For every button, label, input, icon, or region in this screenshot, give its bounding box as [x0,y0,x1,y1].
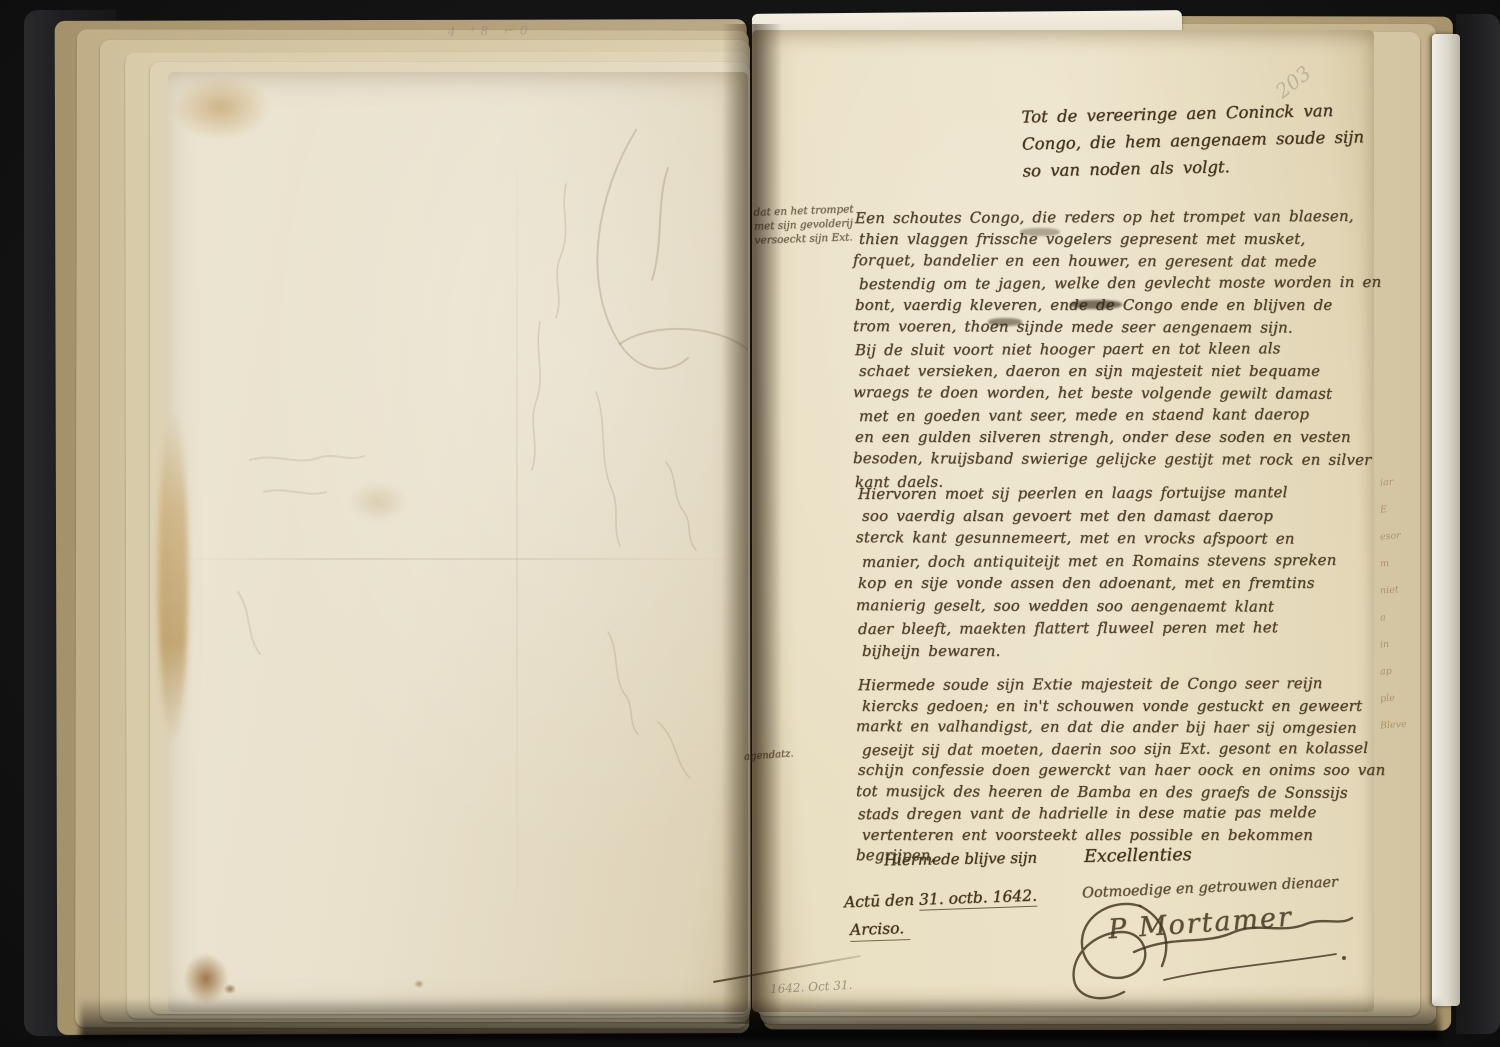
left-page [168,72,748,1012]
archive-pencil-note: 1642. Oct 31. [770,978,853,996]
showthrough-scribbles [168,72,748,1012]
manuscript-scan: 13 4 ᵗ8 ⌐0 [0,0,1500,1047]
bottom-shadow [80,998,1440,1040]
cover-canvas-edge [1432,34,1460,1006]
place-line: Arciso. [850,919,911,942]
book-cover-right [1456,14,1500,1034]
ink-blot [1020,228,1060,236]
ink-blot [988,318,1022,326]
ink-blot [1070,300,1122,309]
right-page: 203 Tot de vereeringe aen Coninck vanCon… [752,30,1374,1012]
fore-edge-fragments: iarEesormnietainappleBleve [1380,468,1426,768]
header-block: Tot de vereeringe aen Coninck vanCongo, … [1021,96,1365,184]
closing-excellenties: Excellenties [1084,845,1192,867]
body-paragraph-1: Een schoutes Congo, die reders op het tr… [855,206,1381,492]
body-paragraph-2: Hiervoren moet sij peerlen en laags fort… [858,482,1337,662]
gutter-shadow [722,24,782,1024]
body-paragraph-3: Hiermede soude sijn Extie majesteit de C… [858,674,1385,868]
dateline: Actū den 31. octb. 1642. [844,887,1038,912]
dateline-pre: Actū den [844,891,920,912]
stack-edge-marks: 4 ᵗ8 ⌐0 [448,23,534,38]
dateline-date: 31. octb. 1642. [919,887,1038,911]
closing-pre: Hiermede blijve sijn [884,849,1037,870]
